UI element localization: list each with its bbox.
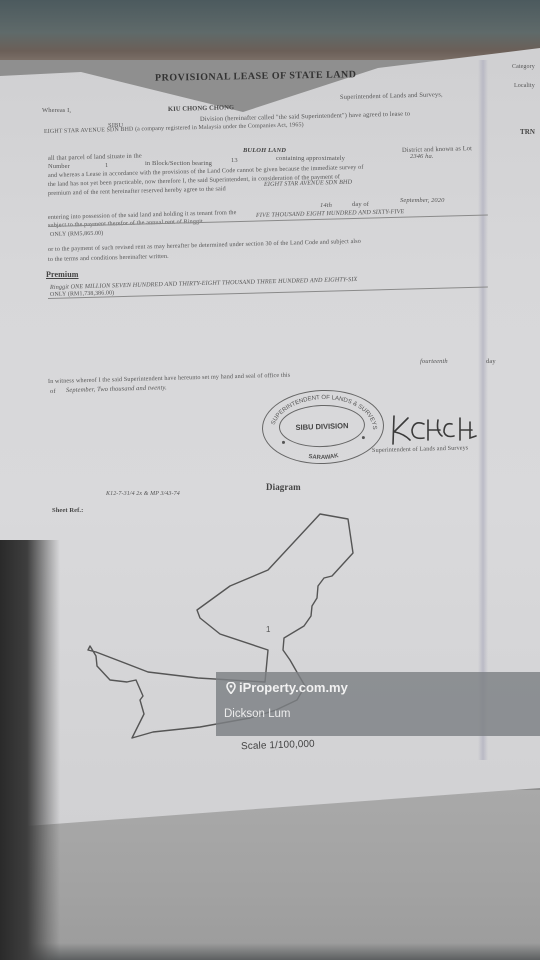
sheet-ref-label: Sheet Ref.: [52, 507, 83, 514]
area-label: containing approximately [276, 155, 345, 162]
side-label-locality: Locality [514, 83, 535, 89]
officer-name: KIU CHONG CHONG [168, 104, 234, 113]
official-seal: SUPERINTENDENT OF LANDS & SURVEYS SARAWA… [261, 388, 386, 466]
whereas-label: Whereas I, [42, 107, 71, 114]
witness-of: of [50, 388, 56, 395]
lessee-line: EIGHT STAR AVENUE SDN BHD (a company reg… [44, 122, 304, 135]
entry-month-year: September, 2020 [400, 197, 444, 204]
watermark-agent-name: Dickson Lum [224, 708, 290, 720]
preamble-line-2: Division (hereinafter called "the said S… [200, 110, 410, 123]
lease-document: PROVISIONAL LEASE OF STATE LAND Category… [0, 0, 540, 960]
diagram-title: Diagram [266, 482, 301, 492]
entry-day: 14th [320, 202, 332, 209]
block-label: in Block/Section bearing [145, 160, 212, 167]
diagram-reference: K12-7-31/4 2x & MP 3/43-74 [106, 491, 180, 497]
side-label-trn: TRN [520, 128, 535, 136]
entry-day-of: day of [352, 201, 369, 208]
svg-text:1: 1 [266, 625, 271, 634]
land-desc-line-1: all that parcel of land situate in the [48, 153, 142, 162]
iproperty-watermark: iProperty.com.my Dickson Lum [216, 672, 540, 736]
rent-amount: ONLY (RM5,865.00) [50, 231, 104, 238]
witness-day-label: day [486, 358, 496, 365]
watermark-brand: iProperty.com.my [226, 680, 348, 695]
witness-day: fourteenth [420, 358, 448, 365]
lessee-repeat: EIGHT STAR AVENUE SDN BHD [264, 179, 352, 188]
lot-number: 1 [105, 162, 108, 169]
officer-title: Superintendent of Lands and Surveys, [340, 91, 443, 101]
block-number: 13 [231, 157, 238, 164]
map-pin-icon [226, 682, 236, 694]
map-scale: Scale 1/100,000 [241, 739, 315, 753]
seal-division-text: SIBU DIVISION [295, 421, 348, 432]
premium-words: Ringgit ONE MILLION SEVEN HUNDRED AND TH… [50, 276, 358, 291]
hand-shadow [0, 540, 60, 960]
entry-line-4: to the terms and conditions hereinafter … [48, 253, 169, 263]
signatory-title: Superintendent of Lands and Surveys [372, 444, 468, 454]
land-area: 2346 ha. [410, 153, 434, 160]
side-label-category: Category [512, 64, 535, 70]
entry-line-3: or to the payment of such revised rent a… [48, 238, 361, 253]
number-label: Number [48, 163, 70, 170]
witness-date: September, Two thousand and twenty. [66, 384, 167, 394]
district-name: BULOH LAND [243, 147, 286, 154]
svg-text:SARAWAK: SARAWAK [308, 453, 340, 462]
document-title: PROVISIONAL LEASE OF STATE LAND [155, 69, 357, 84]
watermark-brand-text: iProperty.com.my [239, 680, 348, 695]
witness-line-1: In witness whereof I the said Superinten… [48, 372, 290, 385]
premium-heading: Premium [46, 270, 79, 279]
